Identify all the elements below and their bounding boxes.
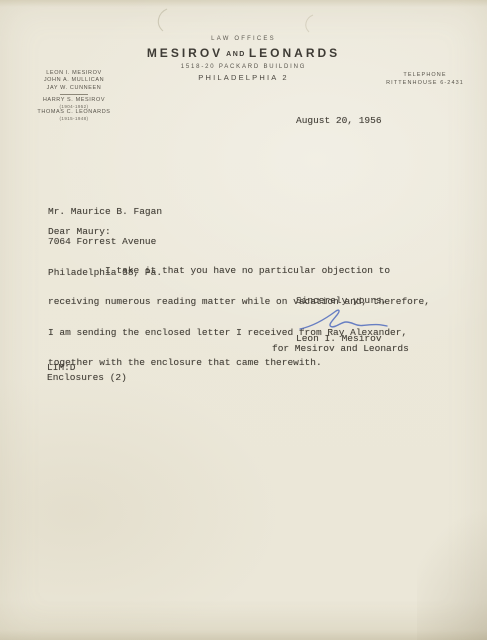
attorney-name: LEON I. MESIROV <box>27 70 121 77</box>
paper-corner-shadow <box>417 480 487 640</box>
enclosures-note: Enclosures (2) <box>47 373 127 383</box>
signature-firm-line: for Mesirov and Leonards <box>272 344 409 354</box>
letter-date: August 20, 1956 <box>296 116 382 126</box>
law-offices-label: LAW OFFICES <box>0 36 487 42</box>
attorney-name: JOHN A. MULLICAN <box>27 77 121 84</box>
firm-name-and: AND <box>226 51 246 58</box>
handwritten-signature <box>298 305 390 333</box>
roster-divider <box>60 94 88 95</box>
memorial-attorney-name: HARRY S. MESIROV <box>27 97 121 104</box>
telephone-label: TELEPHONE <box>374 71 476 79</box>
body-line: I take it that you have no particular ob… <box>48 266 430 276</box>
attorney-name: JAY W. CUNNEEN <box>27 85 121 92</box>
firm-name: MESIROVANDLEONARDS <box>0 46 487 60</box>
scanned-letter-page: LAW OFFICES MESIROVANDLEONARDS 1518-20 P… <box>0 0 487 640</box>
telephone-number: RITTENHOUSE 6-2431 <box>374 79 476 87</box>
salutation: Dear Maury: <box>48 227 111 237</box>
memorial-attorney-name: THOMAS C. LEONARDS <box>27 109 121 116</box>
recipient-name: Mr. Maurice B. Fagan <box>48 207 162 217</box>
memorial-attorney-years: (1915-1948) <box>27 116 121 121</box>
attorney-roster: LEON I. MESIROV JOHN A. MULLICAN JAY W. … <box>27 70 121 121</box>
telephone-block: TELEPHONE RITTENHOUSE 6-2431 <box>374 71 476 87</box>
firm-name-part1: MESIROV <box>147 46 223 60</box>
firm-name-part2: LEONARDS <box>249 46 340 60</box>
body-line: together with the enclosure that came th… <box>48 358 430 368</box>
